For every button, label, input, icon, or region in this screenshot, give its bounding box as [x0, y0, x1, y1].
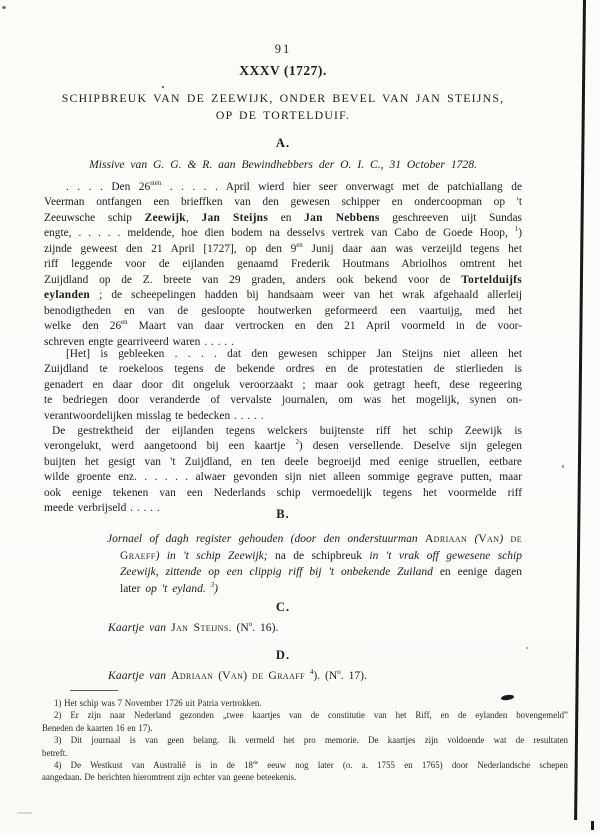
footnote-3: 3) Dit journaal is van geen belang. Ik v… — [42, 734, 568, 759]
text-line: engte, . . . . . meldende, hoe dien bode… — [44, 226, 522, 241]
footnote-1: 1) Het schip was 7 November 1726 uit Pat… — [42, 697, 568, 709]
text-line: riff leggende voor de eijlanden genaamd … — [44, 257, 522, 272]
journal-caption: Jornael of dagh register gehouden (door … — [107, 531, 522, 597]
scan-artifact-speck-topleft — [2, 6, 6, 9]
text-line: genadert en daar door dit ongeluk veroor… — [44, 378, 522, 393]
paragraph-1: . . . . Den 26sten . . . . . April wierd… — [44, 180, 522, 350]
text-line: Zeewijk, zittende op een clippig riff bi… — [107, 564, 522, 581]
scan-artifact-speck-right-2 — [526, 647, 528, 649]
text-line: Jornael of dagh register gehouden (door … — [107, 531, 522, 548]
text-line: later op 't eyland. 3) — [107, 581, 522, 598]
footnote-2: 2) Er zijn naar Nederland gezonden „twee… — [42, 709, 568, 734]
text-line: verantwoordelijken misslag te bedecken .… — [44, 409, 522, 424]
text-line: eylanden ; de scheepelingen hadden bij h… — [44, 288, 522, 303]
page-number: 91 — [0, 42, 566, 57]
text-line: Zeeuwsche schip Zeewijk, Jan Steijns en … — [44, 211, 522, 226]
text-line: 4) De Westkust van Australië is in de 18… — [42, 759, 568, 771]
text-line: welke den 26en Maart van daar vertrocken… — [44, 319, 522, 334]
footnote-4: 4) De Westkust van Australië is in de 18… — [42, 759, 568, 784]
text-line: ook eenige tekenen van een Nederlands sc… — [44, 486, 522, 501]
text-line: De gestrektheid der eijlanden tegens wel… — [44, 424, 522, 439]
text-line: benodigtheden en van de gesloopte houtwe… — [44, 304, 522, 319]
text-line: Beneden de kaarten 16 en 17). — [42, 722, 568, 734]
paragraph-3: De gestrektheid der eijlanden tegens wel… — [44, 424, 522, 517]
text-line: . . . . Den 26sten . . . . . April wierd… — [44, 180, 522, 195]
map-caption-c: Kaartje van Jan Steijns. (No. 16). — [108, 621, 278, 634]
text-line: Veerman ontfangen een brieffken van den … — [44, 195, 522, 210]
text-line: [Het] is gebleeken . . . . dat den gewes… — [44, 347, 522, 362]
section-c-label: C. — [0, 600, 566, 615]
map-caption-d: Kaartje van Adriaan (Van) de Graaff 4). … — [108, 669, 367, 682]
text-line: Graeff) in 't schip Zeewijk; na de schip… — [107, 548, 522, 565]
scan-artifact-dash-bottomleft — [17, 812, 32, 814]
text-line: betreft. — [42, 747, 568, 759]
footnote-separator-rule — [70, 690, 118, 691]
scan-page-edge-line — [574, 0, 585, 820]
scan-page-edge-tick — [591, 821, 594, 830]
scan-artifact-dot-above-title — [162, 86, 164, 88]
text-line: Zuijdland op de Z. breete van 29 graden,… — [44, 273, 522, 288]
footnotes-area: 1) Het schip was 7 November 1726 uit Pat… — [42, 697, 568, 784]
text-line: 2) Er zijn naar Nederland gezonden „twee… — [42, 709, 568, 721]
chapter-title-line-2: OP DE TORTELDUIF. — [44, 107, 522, 124]
scan-artifact-speck-right-1 — [562, 465, 564, 468]
chapter-heading: XXXV (1727). — [0, 63, 566, 79]
text-line: Zuijdland te roekeloos tegens de bekende… — [44, 362, 522, 377]
text-line: 3) Dit journaal is van geen belang. Ik v… — [42, 734, 568, 746]
paragraph-2: [Het] is gebleeken . . . . dat den gewes… — [44, 347, 522, 424]
text-line: te bedriegen door veranderde of vervalst… — [44, 393, 522, 408]
section-b-label: B. — [0, 507, 566, 522]
text-line: buijten het gesigt van 't Zuijdland, en … — [44, 455, 522, 470]
text-line: 1) Het schip was 7 November 1726 uit Pat… — [42, 697, 568, 709]
missive-source-line: Missive van G. G. & R. aan Bewindhebbers… — [44, 158, 522, 171]
book-page: 91 XXXV (1727). SCHIPBREUK VAN DE ZEEWIJ… — [0, 0, 600, 833]
section-d-label: D. — [0, 648, 566, 663]
chapter-title: SCHIPBREUK VAN DE ZEEWIJK, ONDER BEVEL V… — [44, 90, 522, 123]
chapter-title-line-1: SCHIPBREUK VAN DE ZEEWIJK, ONDER BEVEL V… — [44, 90, 522, 107]
section-a-label: A. — [0, 136, 566, 151]
text-line: verongelukt, werd aangetoond bij een kaa… — [44, 439, 522, 454]
text-line: wilde groente enz. . . . . . alwaer gevo… — [44, 470, 522, 485]
text-line: aangedaan. De berichten hieromtrent zijn… — [42, 771, 568, 783]
text-line: zijnde geweest den 21 April [1727], op d… — [44, 242, 522, 257]
